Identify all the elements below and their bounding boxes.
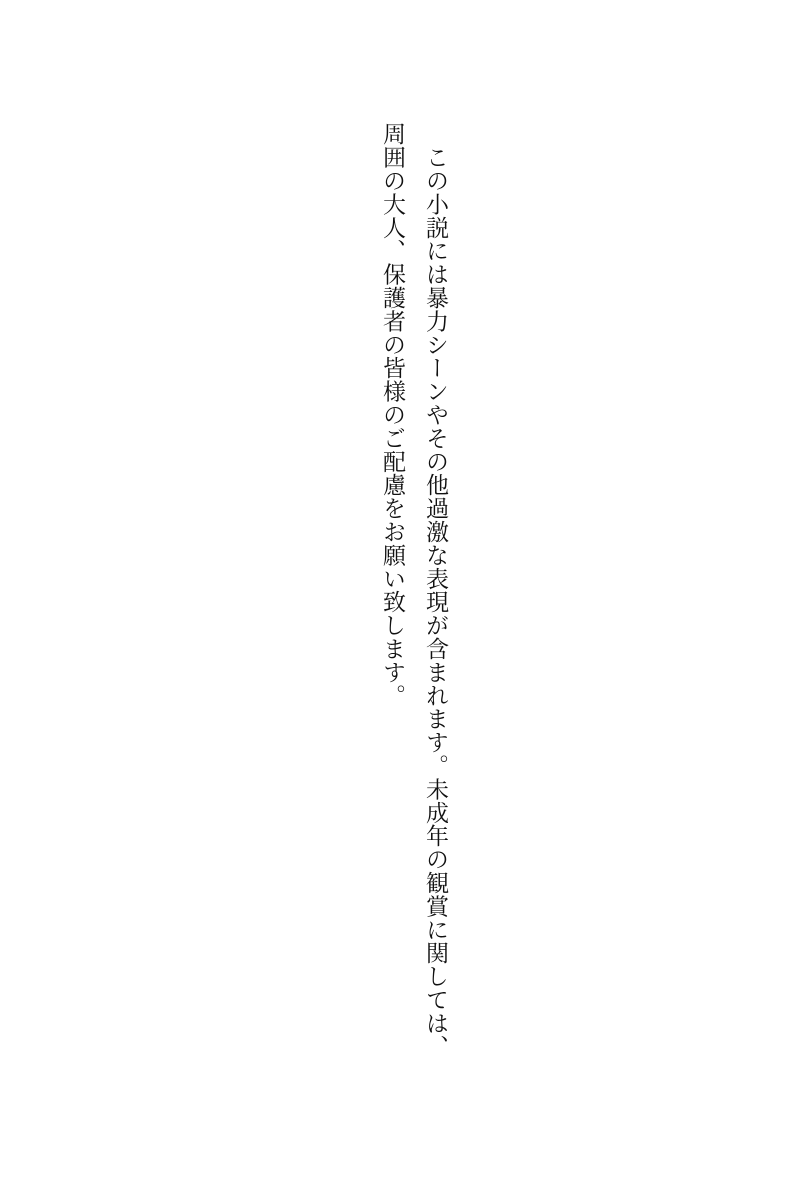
content-warning-line-1: この小説には暴力シーンやその他過激な表現が含まれます。未成年の観賞に関しては、 bbox=[414, 122, 457, 1044]
content-warning-text: この小説には暴力シーンやその他過激な表現が含まれます。未成年の観賞に関しては、 … bbox=[371, 122, 457, 1044]
content-warning-line-2: 周囲の大人、保護者の皆様のご配慮をお願い致します。 bbox=[371, 122, 414, 1044]
novel-page: この小説には暴力シーンやその他過激な表現が含まれます。未成年の観賞に関しては、 … bbox=[0, 0, 804, 1200]
